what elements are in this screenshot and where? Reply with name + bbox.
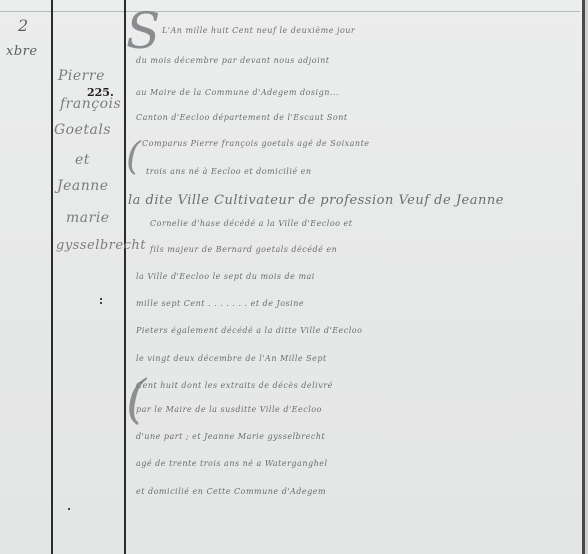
document-page: 2 xbre 225. Pierre françois Goetals et J… [0, 0, 588, 554]
body-line-17: agé de trente trois ans né a Waterganghe… [136, 459, 576, 468]
groom-given-name: Pierre [58, 68, 105, 84]
bracket-flourish: ( [126, 370, 146, 430]
groom-surname: Goetals [54, 122, 111, 138]
body-line-4: Canton d'Eecloo département de l'Escaut … [136, 113, 576, 122]
body-line-1: L'An mille huit Cent neuf le deuxième jo… [162, 26, 588, 35]
bride-given-name-2: marie [66, 210, 110, 226]
bride-given-name: Jeanne [57, 178, 109, 194]
body-line-16: d'une part ; et Jeanne Marie gysselbrech… [136, 432, 576, 441]
body-line-11: mille sept Cent . . . . . . . et de Josi… [136, 299, 576, 308]
bride-surname: gysselbrecht [56, 238, 146, 253]
body-line-7: la dite Ville Cultivateur de profession … [128, 193, 568, 208]
body-line-18: et domicilié en Cette Commune d'Adegem [136, 487, 576, 496]
body-line-14: Cent huit dont les extraits de décès del… [136, 381, 576, 390]
body-line-10: la Ville d'Eecloo le sept du mois de mai [136, 272, 576, 281]
body-line-13: le vingt deux décembre de l'An Mille Sep… [136, 354, 576, 363]
ink-mark [68, 508, 70, 510]
top-rule [0, 11, 580, 12]
body-line-2: du mois décembre par devant nous adjoint [136, 56, 576, 65]
column-rule-1 [51, 0, 53, 554]
date-month: xbre [6, 44, 38, 59]
opening-flourish: S [126, 2, 160, 60]
body-line-9: fils majeur de Bernard goetals décédé en [150, 245, 588, 254]
conjunction: et [75, 152, 90, 168]
ink-mark [100, 298, 102, 300]
body-line-8: Cornelie d'hase décédé a la Ville d'Eecl… [150, 219, 588, 228]
date-day: 2 [18, 16, 29, 35]
groom-given-name-2: françois [60, 96, 121, 112]
body-line-15: par le Maire de la susditte Ville d'Eecl… [136, 405, 576, 414]
bracket-flourish: ( [126, 134, 141, 178]
column-rule-2 [124, 0, 126, 554]
body-line-12: Pieters également décédé a la ditte Vill… [136, 326, 576, 335]
body-line-6: trois ans né à Eecloo et domicilié en [146, 167, 586, 176]
ink-mark [100, 302, 102, 304]
body-line-5: Comparus Pierre françois goetals agé de … [142, 139, 582, 148]
body-line-3: au Maire de la Commune d'Adegem dosign..… [136, 88, 576, 97]
